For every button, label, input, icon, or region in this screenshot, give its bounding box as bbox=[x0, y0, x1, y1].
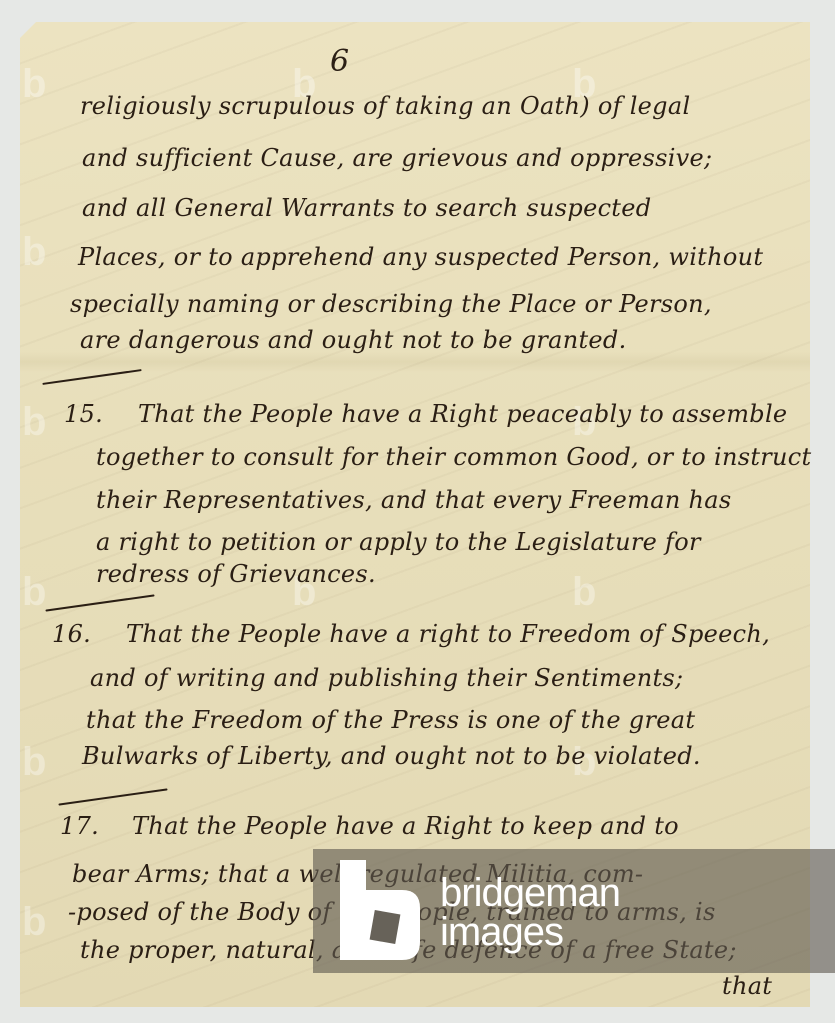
text-line: their Representatives, and that every Fr… bbox=[96, 486, 732, 514]
text-line: and sufficient Cause, are grievous and o… bbox=[82, 144, 712, 172]
bridgeman-logo-icon bbox=[340, 860, 420, 960]
watermark-b-small: b bbox=[22, 900, 46, 945]
text-line: Bulwarks of Liberty, and ought not to be… bbox=[82, 742, 701, 770]
watermark-b-small: b bbox=[22, 400, 46, 445]
catchword: that bbox=[722, 972, 772, 1000]
article-number: 16. bbox=[52, 620, 91, 648]
article-number: 15. bbox=[64, 400, 103, 428]
article-number: 17. bbox=[60, 812, 99, 840]
text-line: a right to petition or apply to the Legi… bbox=[96, 528, 701, 556]
text-line: That the People have a right to Freedom … bbox=[126, 620, 770, 648]
watermark-b-small: b bbox=[572, 570, 596, 615]
text-line: That the People have a Right peaceably t… bbox=[138, 400, 787, 428]
watermark-b-small: b bbox=[22, 740, 46, 785]
watermark-brand-line1: bridgeman bbox=[440, 873, 620, 913]
text-line: and all General Warrants to search suspe… bbox=[82, 194, 651, 222]
watermark-b-small: b bbox=[22, 62, 46, 107]
text-line: that the Freedom of the Press is one of … bbox=[86, 706, 695, 734]
text-line: That the People have a Right to keep and… bbox=[132, 812, 679, 840]
watermark-brand-line2: images bbox=[440, 912, 563, 952]
text-line: redress of Grievances. bbox=[96, 560, 376, 588]
text-line: are dangerous and ought not to be grante… bbox=[80, 326, 627, 354]
page-number: 6 bbox=[330, 44, 349, 79]
text-line: Places, or to apprehend any suspected Pe… bbox=[78, 243, 763, 271]
text-line: and of writing and publishing their Sent… bbox=[90, 664, 683, 692]
watermark-b-small: b bbox=[22, 230, 46, 275]
text-line: together to consult for their common Goo… bbox=[96, 443, 812, 471]
text-line: religiously scrupulous of taking an Oath… bbox=[80, 92, 690, 120]
watermark-b-small: b bbox=[22, 570, 46, 615]
text-line: specially naming or describing the Place… bbox=[70, 290, 712, 318]
